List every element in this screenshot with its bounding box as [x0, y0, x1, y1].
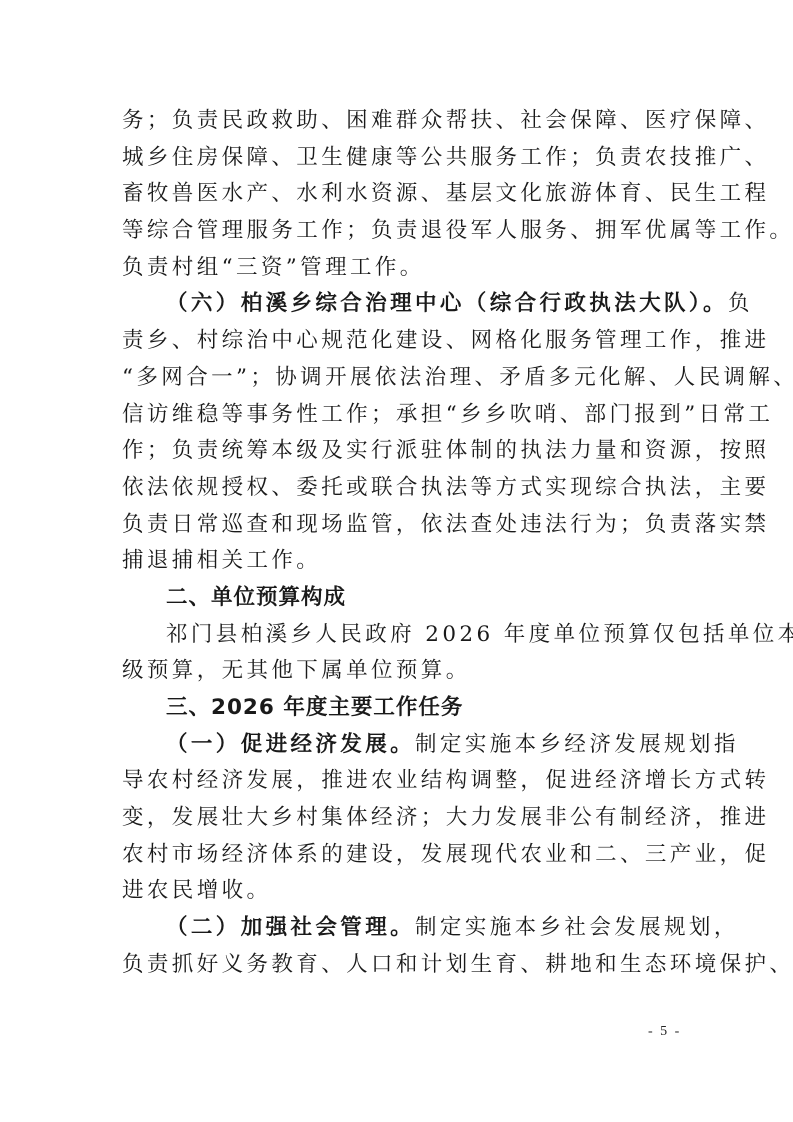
document-page: 务；负责民政救助、困难群众帮扶、社会保障、医疗保障、 城乡住房保障、卫生健康等公…: [122, 103, 674, 984]
text-line: 等综合管理服务工作；负责退役军人服务、拥军优属等工作。: [122, 213, 674, 250]
page-number: - 5 -: [648, 1024, 681, 1040]
subsection-title: （一）促进经济发展。: [166, 732, 415, 757]
text-line: 负责日常巡查和现场监管，依法查处违法行为；负责落实禁: [122, 507, 674, 544]
text-line: 捕退捕相关工作。: [122, 543, 674, 580]
text-run: 负: [728, 291, 753, 316]
text-line: 畜牧兽医水产、水利水资源、基层文化旅游体育、民生工程: [122, 176, 674, 213]
text-run: 制定实施本乡社会发展规划，: [415, 915, 739, 940]
text-line: 导农村经济发展，推进农业结构调整，促进经济增长方式转: [122, 763, 674, 800]
text-line: 级预算，无其他下属单位预算。: [122, 653, 674, 690]
section-heading: 三、2026 年度主要工作任务: [122, 690, 674, 727]
text-line: 信访维稳等事务性工作；承担“乡乡吹哨、部门报到”日常工: [122, 397, 674, 434]
paragraph-lead-line: （六）柏溪乡综合治理中心（综合行政执法大队）。负: [122, 286, 674, 323]
text-line: 依法依规授权、委托或联合执法等方式实现综合执法，主要: [122, 470, 674, 507]
text-line: 负责抓好义务教育、人口和计划生育、耕地和生态环境保护、: [122, 947, 674, 984]
subsection-title: （二）加强社会管理。: [166, 915, 415, 940]
text-line: 负责村组“三资”管理工作。: [122, 250, 674, 287]
text-line: 变，发展壮大乡村集体经济；大力发展非公有制经济，推进: [122, 800, 674, 837]
text-line: 进农民增收。: [122, 873, 674, 910]
paragraph-lead-line: （一）促进经济发展。制定实施本乡经济发展规划指: [122, 727, 674, 764]
paragraph-lead-line: （二）加强社会管理。制定实施本乡社会发展规划，: [122, 910, 674, 947]
subsection-title: （六）柏溪乡综合治理中心（综合行政执法大队）。: [166, 291, 728, 316]
section-heading: 二、单位预算构成: [122, 580, 674, 617]
text-line: 责乡、村综治中心规范化建设、网格化服务管理工作，推进: [122, 323, 674, 360]
text-line: 作；负责统筹本级及实行派驻体制的执法力量和资源，按照: [122, 433, 674, 470]
text-run: 制定实施本乡经济发展规划指: [415, 732, 739, 757]
text-line: 务；负责民政救助、困难群众帮扶、社会保障、医疗保障、: [122, 103, 674, 140]
text-line: “多网合一”；协调开展依法治理、矛盾多元化解、人民调解、: [122, 360, 674, 397]
text-line: 农村市场经济体系的建设，发展现代农业和二、三产业，促: [122, 837, 674, 874]
text-line: 祁门县柏溪乡人民政府 2026 年度单位预算仅包括单位本: [122, 617, 674, 654]
text-line: 城乡住房保障、卫生健康等公共服务工作；负责农技推广、: [122, 140, 674, 177]
